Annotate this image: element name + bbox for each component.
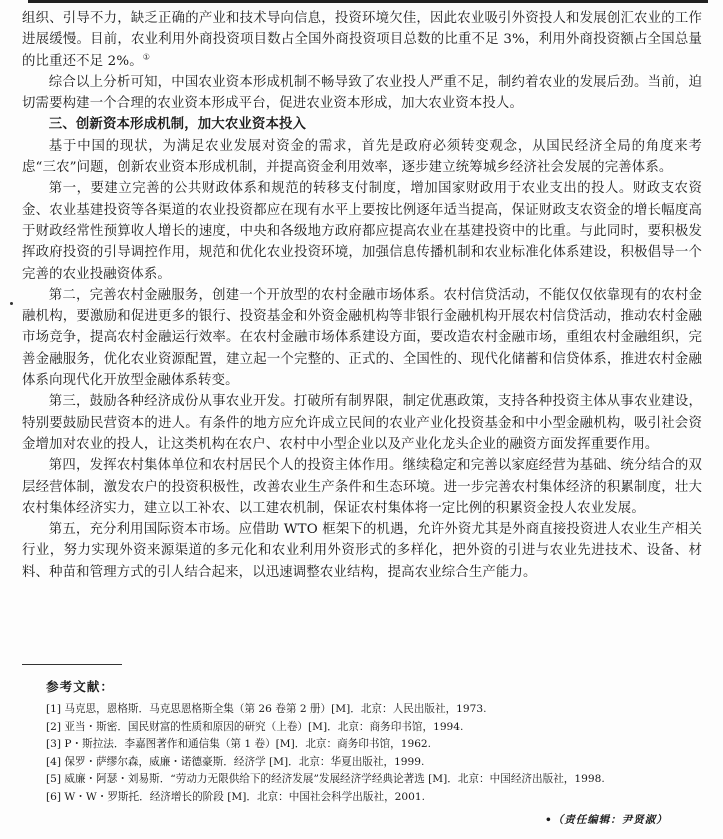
margin-mark (10, 302, 13, 305)
paragraph-first: 第一，要建立完善的公共财政体系和规范的转移支付制度，增加国家财政用于农业支出的投… (22, 178, 702, 284)
reference-item: [3] P・斯拉法．李嘉图著作和通信集（第 1 卷）[M]．北京：商务印书馆，1… (46, 736, 706, 754)
reference-item: [5] 威廉・阿瑟・刘易斯．“劳动力无限供给下的经济发展”发展经济学经典论著选 … (46, 771, 706, 789)
paragraph-continued: 组织、引导不力，缺乏正确的产业和技术导向信息，投资环境欠佳，因此农业吸引外资投人… (22, 8, 702, 72)
paragraph-summary: 综合以上分析可知，中国农业资本形成机制不畅导致了农业投人严重不足，制约着农业的发… (22, 72, 702, 115)
reference-item: [4] 保罗・萨缪尔森，威廉・诺德豪斯．经济学 [M]．北京：华夏出版社，199… (46, 754, 706, 772)
body-text: 组织、引导不力，缺乏正确的产业和技术导向信息，投资环境欠佳，因此农业吸引外资投人… (22, 8, 702, 583)
reference-item: [1] 马克思，恩格斯．马克思恩格斯全集（第 26 卷第 2 册）[M]．北京：… (46, 701, 706, 719)
editor-note: •（责任编辑：尹贤淑） (545, 812, 668, 827)
document-page: 组织、引导不力，缺乏正确的产业和技术导向信息，投资环境欠佳，因此农业吸引外资投人… (0, 0, 723, 839)
reference-item: [6] W・W・罗斯托．经济增长的阶段 [M]．北京：中国社会科学出版社，200… (46, 789, 706, 807)
footnote-marker[interactable]: ① (143, 52, 150, 61)
paragraph-intro: 基于中国的现状，为满足农业发展对资金的需求，首先是政府必须转变观念，从国民经济全… (22, 136, 702, 179)
paragraph-fourth: 第四，发挥农村集体单位和农村居民个人的投资主体作用。继续稳定和完善以家庭经营为基… (22, 455, 702, 519)
paragraph-fifth: 第五，充分利用国际资本市场。应借助 WTO 框架下的机遇，允许外资尤其是外商直接… (22, 519, 702, 583)
header-rule (28, 0, 708, 3)
footnote-rule (22, 664, 122, 665)
reference-item: [2] 亚当・斯密．国民财富的性质和原因的研究（上卷）[M]．北京：商务印书馆，… (46, 719, 706, 737)
references-section: 参考文献： [1] 马克思，恩格斯．马克思恩格斯全集（第 26 卷第 2 册）[… (46, 676, 706, 806)
section-heading: 三、创新资本形成机制，加大农业资本投入 (22, 114, 702, 135)
references-title: 参考文献： (46, 676, 706, 695)
paragraph-third: 第三，鼓励各种经济成份从事农业开发。打破所有制界限，制定优惠政策，支持各种投资主… (22, 391, 702, 455)
paragraph-second: 第二，完善农村金融服务，创建一个开放型的农村金融市场体系。农村信贷活动，不能仅仅… (22, 285, 702, 391)
